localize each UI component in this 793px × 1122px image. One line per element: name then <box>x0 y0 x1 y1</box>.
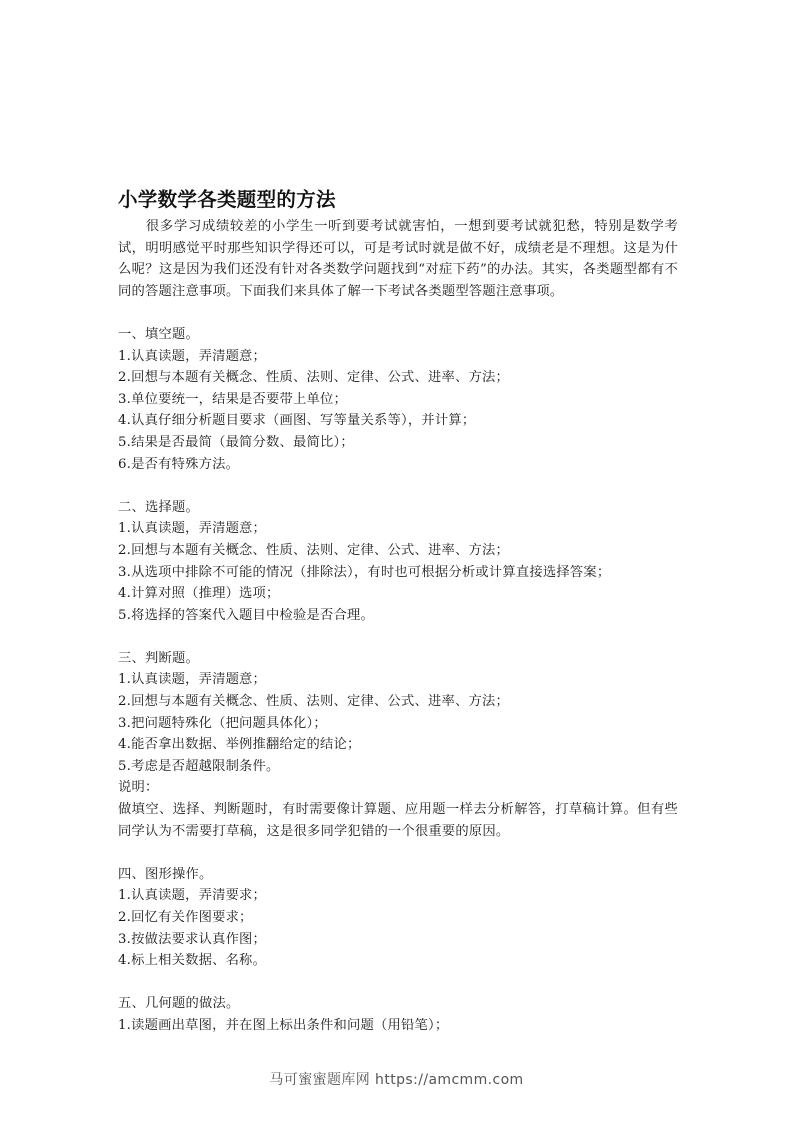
section-heading: 二、选择题。 <box>118 497 678 519</box>
list-item: 4.标上相关数据、名称。 <box>118 950 678 972</box>
list-item: 3.从选项中排除不可能的情况（排除法），有时也可根据分析或计算直接选择答案； <box>118 562 678 584</box>
section-heading: 三、判断题。 <box>118 648 678 670</box>
list-item: 5.考虑是否超越限制条件。 <box>118 756 678 778</box>
list-item: 1.读题画出草图，并在图上标出条件和问题（用铅笔）； <box>118 1015 678 1037</box>
note-label: 说明： <box>118 777 678 799</box>
section-true-false: 三、判断题。 1.认真读题，弄清题意； 2.回想与本题有关概念、性质、法则、定律… <box>118 648 678 842</box>
section-fill-in-blank: 一、填空题。 1.认真读题，弄清题意； 2.回想与本题有关概念、性质、法则、定律… <box>118 324 678 475</box>
list-item: 6.是否有特殊方法。 <box>118 454 678 476</box>
list-item: 1.认真读题，弄清题意； <box>118 669 678 691</box>
list-item: 1.认真读题，弄清题意； <box>118 346 678 368</box>
list-item: 4.认真仔细分析题目要求（画图、写等量关系等），并计算； <box>118 410 678 432</box>
list-item: 3.按做法要求认真作图； <box>118 929 678 951</box>
list-item: 3.单位要统一，结果是否要带上单位； <box>118 389 678 411</box>
document-page: 小学数学各类题型的方法 很多学习成绩较差的小学生一听到要考试就害怕，一想到要考试… <box>118 186 678 1037</box>
footer-watermark: 马可蜜蜜题库网 https://amcmm.com <box>0 1069 793 1089</box>
list-item: 1.认真读题，弄清要求； <box>118 885 678 907</box>
list-item: 1.认真读题，弄清题意； <box>118 518 678 540</box>
intro-paragraph: 很多学习成绩较差的小学生一听到要考试就害怕，一想到要考试就犯愁，特别是数学考试，… <box>118 216 678 302</box>
document-title: 小学数学各类题型的方法 <box>118 186 678 214</box>
section-heading: 四、图形操作。 <box>118 864 678 886</box>
list-item: 4.能否拿出数据、举例推翻给定的结论； <box>118 734 678 756</box>
list-item: 4.计算对照（推理）选项； <box>118 583 678 605</box>
list-item: 2.回忆有关作图要求； <box>118 907 678 929</box>
list-item: 2.回想与本题有关概念、性质、法则、定律、公式、进率、方法； <box>118 367 678 389</box>
list-item: 5.将选择的答案代入题目中检验是否合理。 <box>118 605 678 627</box>
section-heading: 五、几何题的做法。 <box>118 993 678 1015</box>
list-item: 3.把问题特殊化（把问题具体化）； <box>118 713 678 735</box>
section-graphic-operation: 四、图形操作。 1.认真读题，弄清要求； 2.回忆有关作图要求； 3.按做法要求… <box>118 864 678 972</box>
section-heading: 一、填空题。 <box>118 324 678 346</box>
section-geometry: 五、几何题的做法。 1.读题画出草图，并在图上标出条件和问题（用铅笔）； <box>118 993 678 1036</box>
list-item: 5.结果是否最简（最简分数、最简比）； <box>118 432 678 454</box>
list-item: 2.回想与本题有关概念、性质、法则、定律、公式、进率、方法； <box>118 540 678 562</box>
note-text: 做填空、选择、判断题时，有时需要像计算题、应用题一样去分析解答，打草稿计算。但有… <box>118 799 678 842</box>
section-multiple-choice: 二、选择题。 1.认真读题，弄清题意； 2.回想与本题有关概念、性质、法则、定律… <box>118 497 678 627</box>
list-item: 2.回想与本题有关概念、性质、法则、定律、公式、进率、方法； <box>118 691 678 713</box>
